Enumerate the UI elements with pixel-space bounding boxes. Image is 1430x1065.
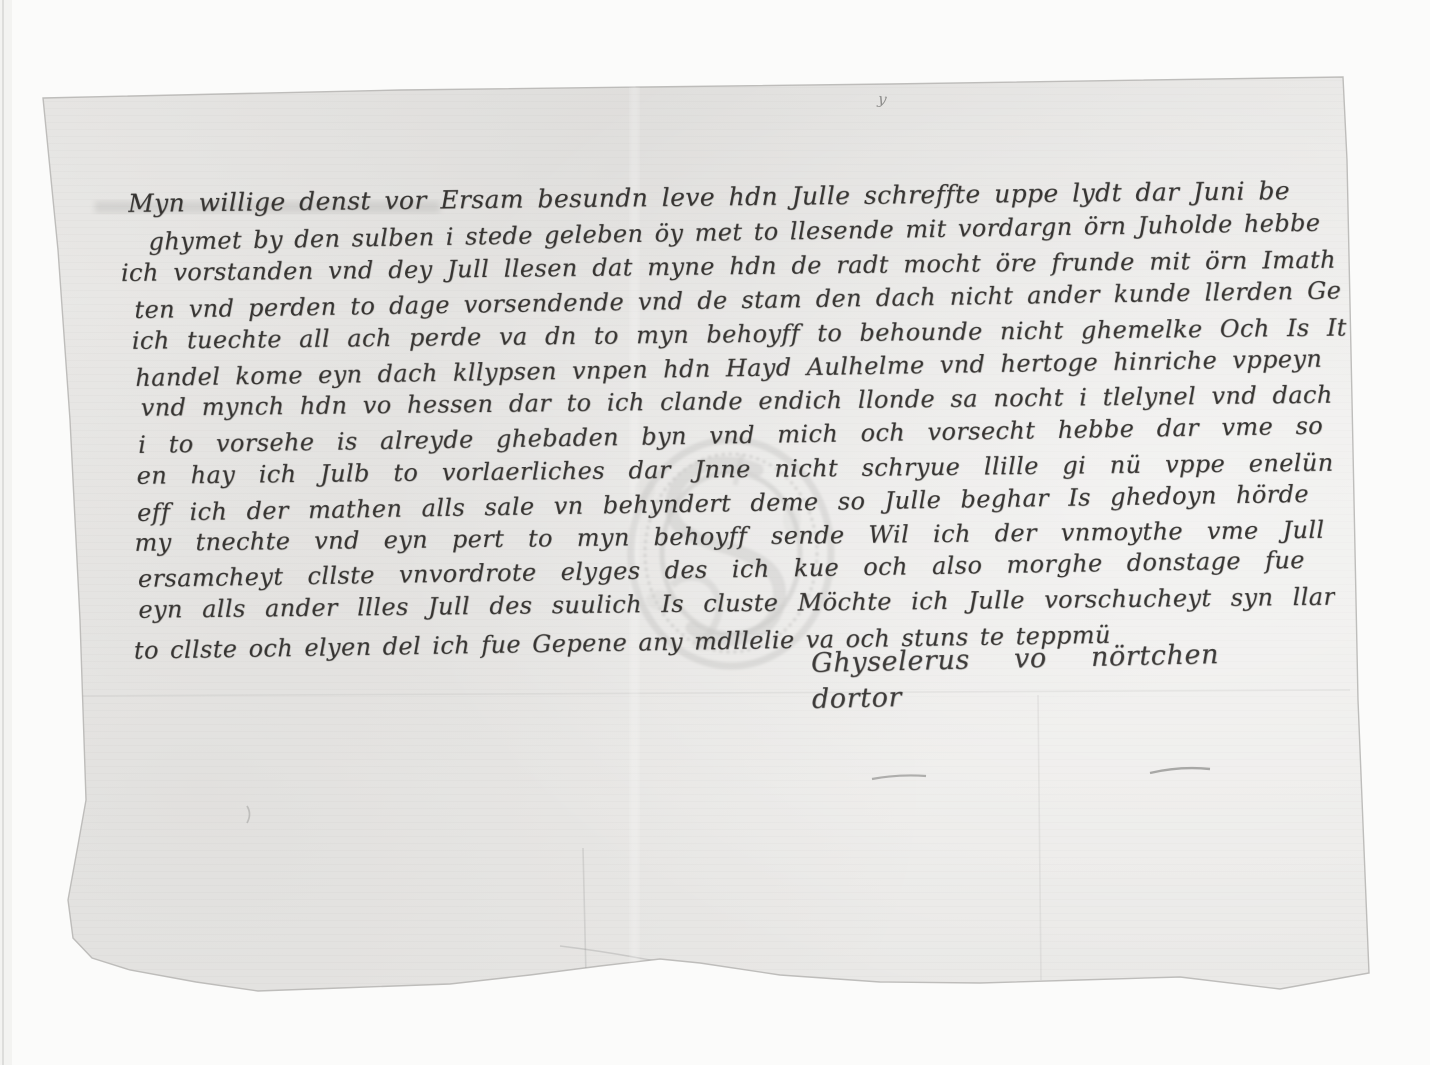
signature: Ghyselerus vo nörtchen dortor [811, 637, 1220, 686]
manuscript-scan: Myn willige denst vor Ersam besundn leve… [0, 0, 1430, 1065]
manuscript-text: Myn willige denst vor Ersam besundn leve… [0, 0, 1430, 1065]
